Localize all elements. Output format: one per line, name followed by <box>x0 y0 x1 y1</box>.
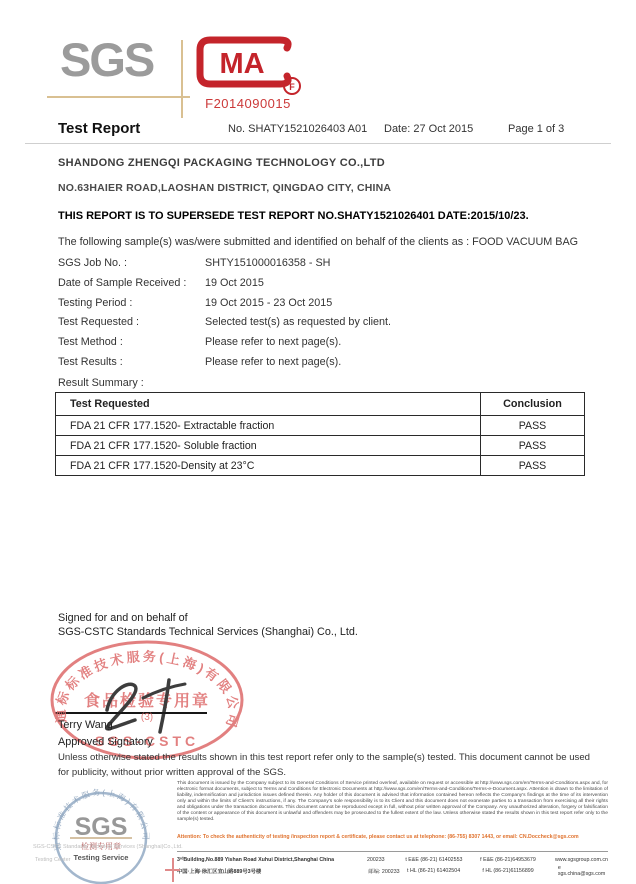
cma-logo: MA F F2014090015 <box>194 34 306 117</box>
info-row-testing-period: Testing Period : 19 Oct 2015 - 23 Oct 20… <box>58 297 588 317</box>
sgs-logo-underline <box>47 96 190 98</box>
info-row-test-method: Test Method : Please refer to next page(… <box>58 336 588 356</box>
test-name-cell: FDA 21 CFR 177.1520- Soluble fraction <box>56 436 481 456</box>
cma-cert-number: F2014090015 <box>205 96 291 111</box>
conclusion-cell: PASS <box>481 436 585 456</box>
table-row: FDA 21 CFR 177.1520- Extractable fractio… <box>56 416 585 436</box>
column-header-test-requested: Test Requested <box>56 393 481 416</box>
footer-legal-text: This document is issued by the Company s… <box>177 781 608 824</box>
website: www.sgsgroup.com.cn <box>555 857 608 863</box>
info-label: Test Requested : <box>58 316 205 328</box>
postcode-cn: 邮编: 200233 <box>368 867 407 875</box>
sample-statement: The following sample(s) was/were submitt… <box>58 236 578 248</box>
conclusion-cell: PASS <box>481 456 585 476</box>
footer-stamp-sgs: SGS <box>75 813 128 841</box>
info-row-test-results: Test Results : Please refer to next page… <box>58 356 588 376</box>
sgs-logo-vertical-line <box>181 40 183 118</box>
info-value: Please refer to next page(s). <box>205 356 341 368</box>
info-label: SGS Job No. : <box>58 257 205 269</box>
testing-service-stamp-icon: 通标标准技术服务(上海)有限公司 SGS 检测专用章 Testing Servi… <box>48 786 154 884</box>
tel-hl: t HL (86-21) 61402504 <box>407 868 482 874</box>
info-value: 19 Oct 2015 - 23 Oct 2015 <box>205 297 332 309</box>
cma-emblem-icon: MA F F2014090015 <box>194 34 306 112</box>
info-value: SHTY151000016358 - SH <box>205 257 330 269</box>
info-label: Testing Period : <box>58 297 205 309</box>
footer-company-gray-line1: SGS-CSTC Standards Technical Services (S… <box>33 843 193 852</box>
result-summary-heading: Result Summary : <box>58 377 144 389</box>
info-label: Test Method : <box>58 336 205 348</box>
footer-attention-text: Attention: To check the authenticity of … <box>177 834 608 841</box>
stamp-number: (3) <box>141 712 153 723</box>
cma-letters: MA <box>219 48 264 80</box>
info-value: Selected test(s) as requested by client. <box>205 316 391 328</box>
fax-hl: f HL (86-21)61156899 <box>482 868 557 874</box>
report-title: Test Report <box>58 120 140 137</box>
footer-address-row-cn: 中国·上海·徐汇区宜山路889号3号楼 邮编: 200233 t HL (86-… <box>177 865 608 876</box>
signatory-name: Terry Wang <box>58 718 113 733</box>
cma-badge-letter: F <box>289 82 295 92</box>
column-header-conclusion: Conclusion <box>481 393 585 416</box>
report-disclaimer: Unless otherwise stated the results show… <box>58 751 592 781</box>
result-summary-table: Test Requested Conclusion FDA 21 CFR 177… <box>55 392 585 476</box>
client-address: NO.63HAIER ROAD,LAOSHAN DISTRICT, QINGDA… <box>58 182 391 194</box>
info-row-job-no: SGS Job No. : SHTY151000016358 - SH <box>58 257 588 277</box>
footer-company-gray-line2: Testing Center <box>35 856 195 865</box>
crop-mark-horizontal <box>165 869 180 871</box>
test-name-cell: FDA 21 CFR 177.1520-Density at 23°C <box>56 456 481 476</box>
info-label: Test Results : <box>58 356 205 368</box>
supersede-notice: THIS REPORT IS TO SUPERSEDE TEST REPORT … <box>58 210 529 222</box>
sgs-logo-text: SGS <box>60 33 153 86</box>
address-en: 3ʳᵈBuilding,No.889 Yishan Road Xuhui Dis… <box>177 857 367 863</box>
stamp-center-text: 食品检验专用章 <box>84 691 210 710</box>
sgs-logo: SGS <box>60 32 153 87</box>
info-row-date-received: Date of Sample Received : 19 Oct 2015 <box>58 277 588 297</box>
conclusion-cell: PASS <box>481 416 585 436</box>
report-number: No. SHATY1521026403 A01 <box>228 123 367 135</box>
info-value: Please refer to next page(s). <box>205 336 341 348</box>
test-report-page: SGS MA F F2014090015 Test Report No. SHA… <box>0 0 636 884</box>
table-row: FDA 21 CFR 177.1520- Soluble fraction PA… <box>56 436 585 456</box>
signatory-role: Approved Signatory <box>58 735 153 750</box>
address-cn: 中国·上海·徐汇区宜山路889号3号楼 <box>177 867 368 875</box>
report-date: Date: 27 Oct 2015 <box>384 123 473 135</box>
header-divider <box>25 143 611 144</box>
postcode-en: 200233 <box>367 857 405 863</box>
footer-address-block: 3ʳᵈBuilding,No.889 Yishan Road Xuhui Dis… <box>177 851 608 876</box>
page-indicator: Page 1 of 3 <box>508 123 564 135</box>
email: e sgs.china@sgs.com <box>558 865 608 877</box>
client-name: SHANDONG ZHENGQI PACKAGING TECHNOLOGY CO… <box>58 157 385 169</box>
tel-ee: t E&E (86-21) 61402553 <box>405 857 480 863</box>
fax-ee: f E&E (86-21)64953679 <box>480 857 555 863</box>
test-name-cell: FDA 21 CFR 177.1520- Extractable fractio… <box>56 416 481 436</box>
footer-address-row-en: 3ʳᵈBuilding,No.889 Yishan Road Xuhui Dis… <box>177 854 608 865</box>
info-row-test-requested: Test Requested : Selected test(s) as req… <box>58 316 588 336</box>
info-label: Date of Sample Received : <box>58 277 205 289</box>
table-header-row: Test Requested Conclusion <box>56 393 585 416</box>
job-info-section: SGS Job No. : SHTY151000016358 - SH Date… <box>58 257 588 376</box>
signed-for-line: Signed for and on behalf of <box>58 611 188 626</box>
table-row: FDA 21 CFR 177.1520-Density at 23°C PASS <box>56 456 585 476</box>
info-value: 19 Oct 2015 <box>205 277 264 289</box>
